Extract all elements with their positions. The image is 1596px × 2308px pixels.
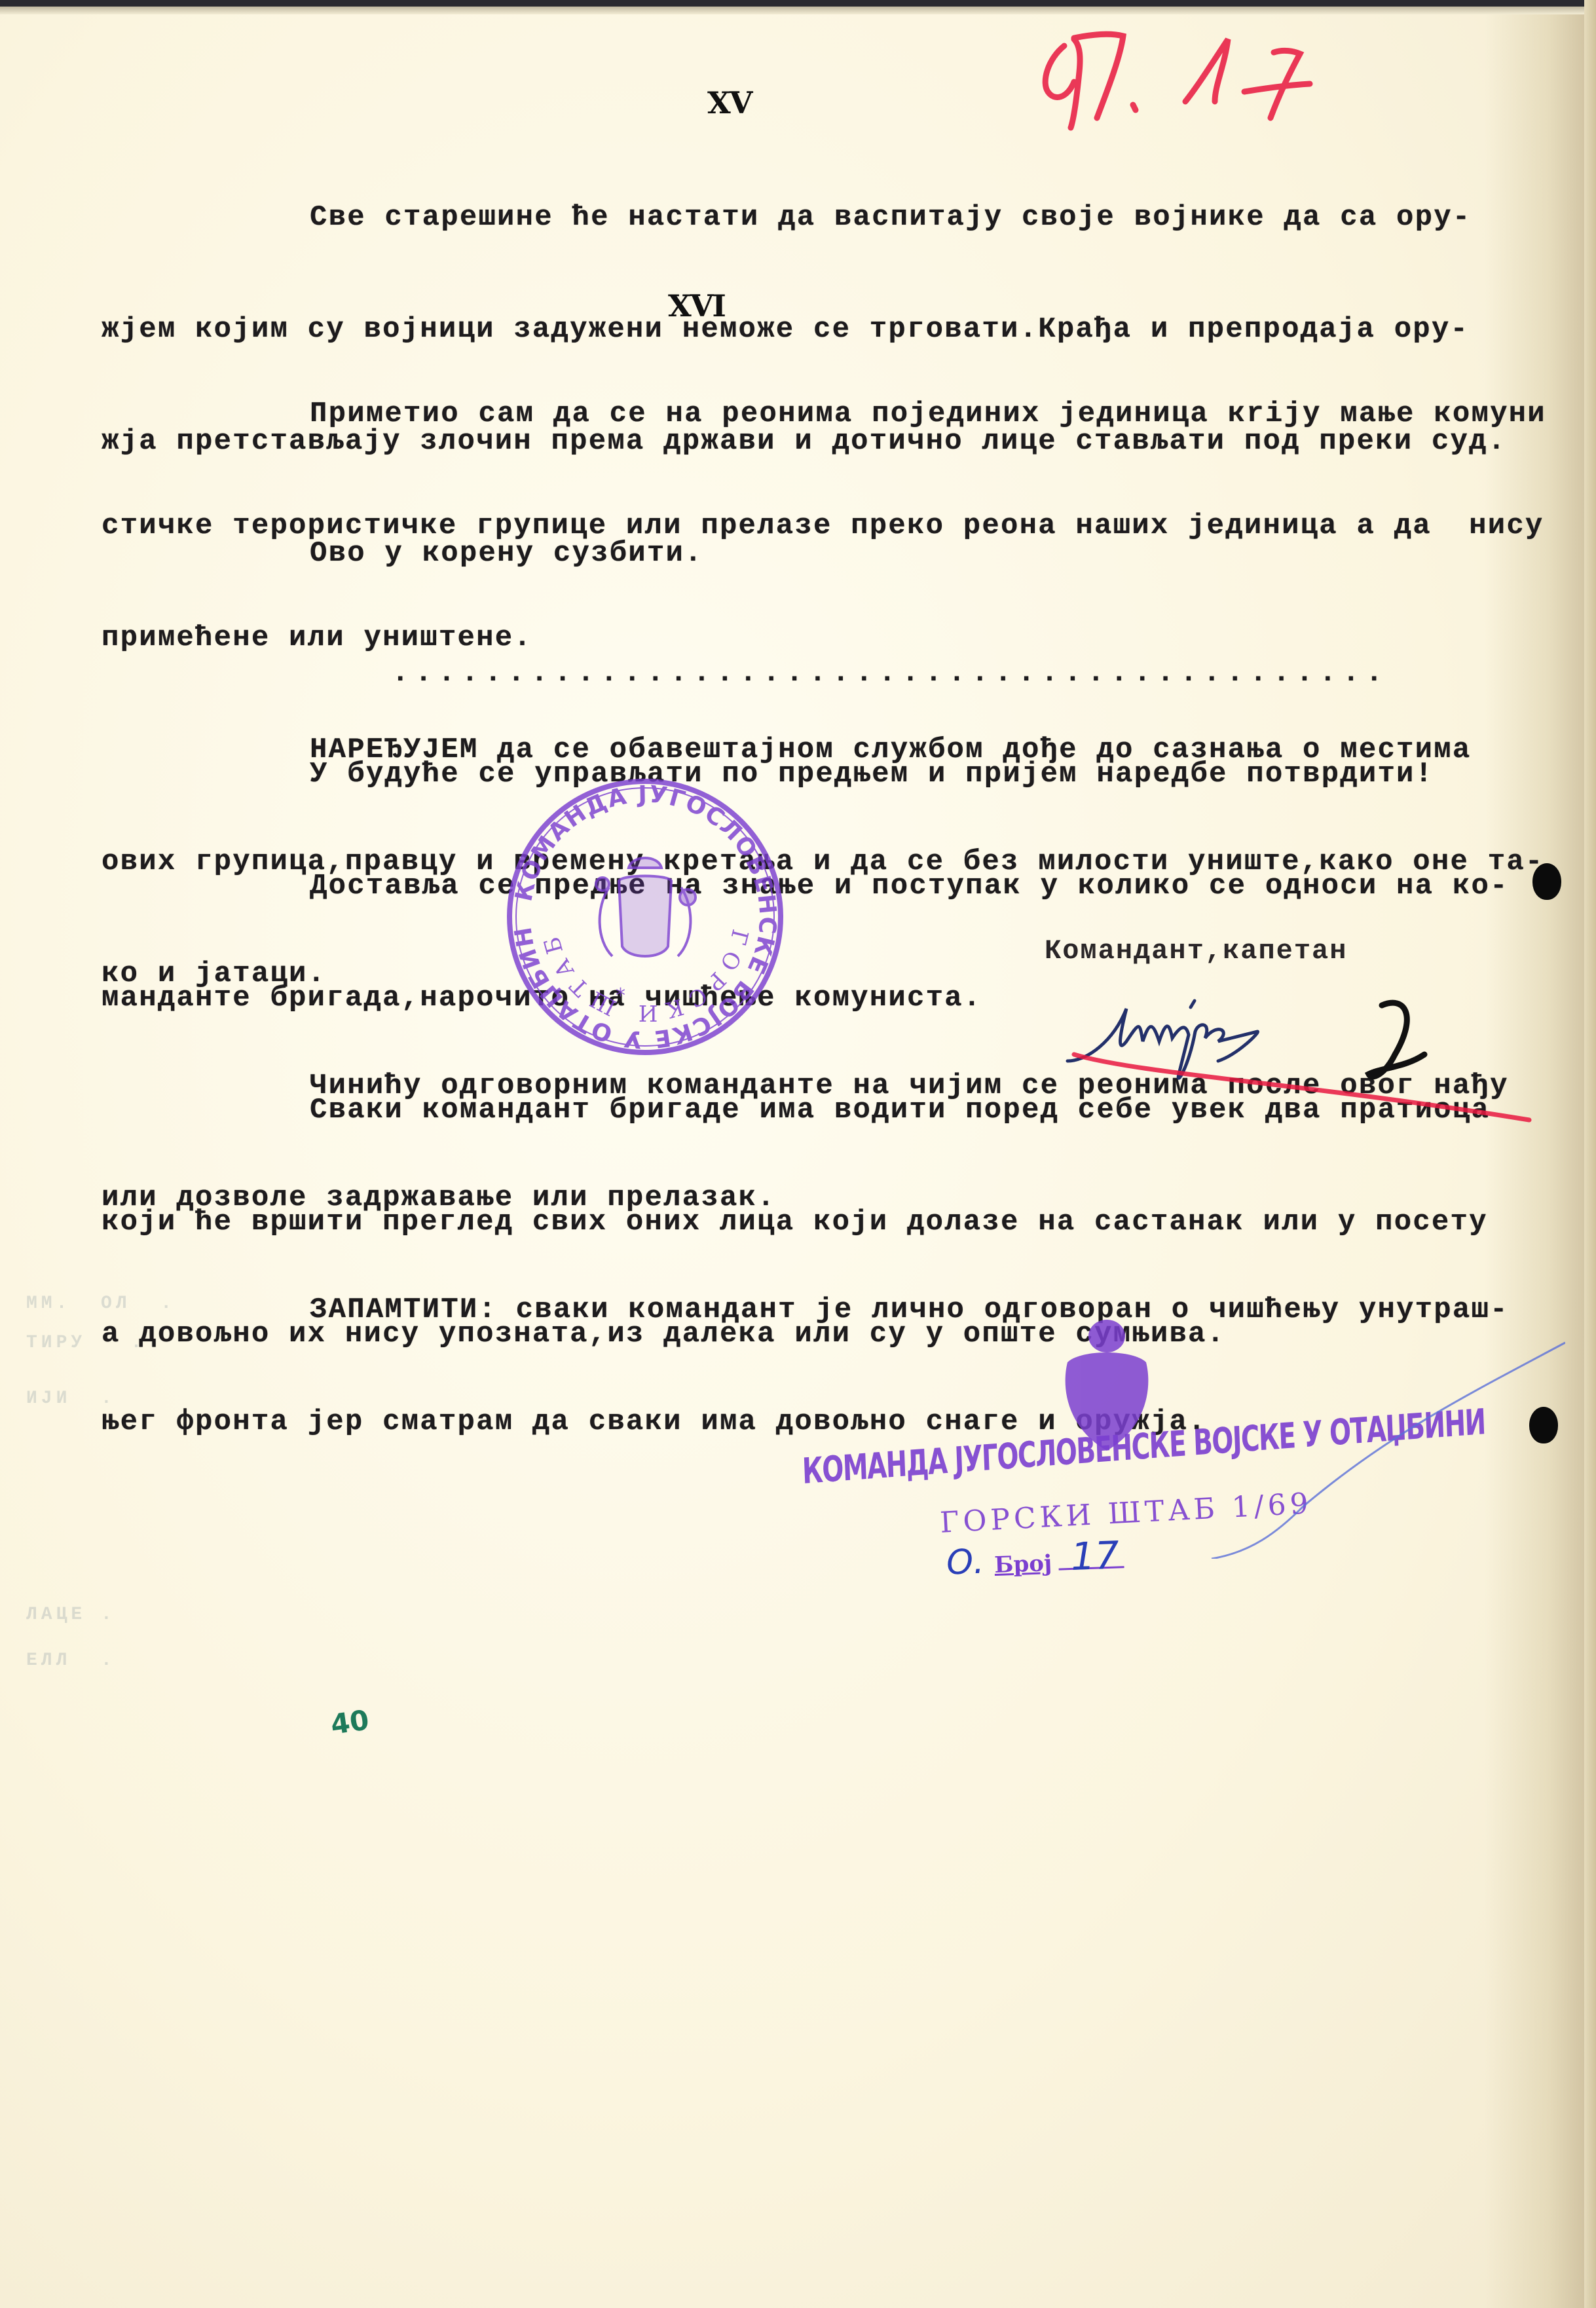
red-pencil-underline <box>1061 1048 1532 1133</box>
page-right-edge <box>1584 0 1596 2308</box>
registry-number-value: 17 <box>1070 1533 1120 1579</box>
text-line: Све старешине ће настати да васпитају св… <box>102 199 1542 236</box>
section-heading-xvi: XVI <box>668 288 725 324</box>
page-top-edge <box>0 0 1596 7</box>
bleed-through-text: ЛАЦЕ . <box>26 1605 116 1625</box>
round-official-stamp: КОМАНДА ЈУГОСЛОВЕНСКЕ ВОЈСКЕ У ОТАЏБИНИ … <box>504 776 786 1058</box>
section-heading-xv: XV <box>707 85 751 121</box>
registry-number-label: Број <box>994 1550 1052 1578</box>
text-line: У будуће се управљати по предњем и прије… <box>102 756 1542 793</box>
bleed-through-text: ЕЛЛ . <box>26 1650 116 1671</box>
signatory-title: Командант,капетан <box>1045 935 1347 967</box>
blue-pencil-line <box>1172 1336 1565 1559</box>
text-line: стичке терористичке групице или прелазе … <box>102 508 1542 545</box>
text-line: Приметио сам да се на реонима појединих … <box>102 396 1542 433</box>
text-line: примећене или уништене. <box>102 620 1542 657</box>
punch-hole <box>1532 863 1561 900</box>
text-line: који ће вршити преглед свих оних лица ко… <box>102 1204 1542 1241</box>
red-pencil-archive-mark <box>1028 20 1316 131</box>
green-ink-mark: 40 <box>329 1703 372 1741</box>
registry-number-prefix: О. <box>946 1542 985 1583</box>
svg-text:*: * <box>616 984 625 1007</box>
text-line: Доставља се предње на знање и поступак у… <box>102 868 1542 905</box>
punch-hole <box>1529 1407 1558 1443</box>
registry-number-row: О. Број 17 <box>946 1533 1120 1583</box>
coat-of-arms-icon <box>596 858 696 956</box>
page-top-shadow <box>0 7 1596 14</box>
